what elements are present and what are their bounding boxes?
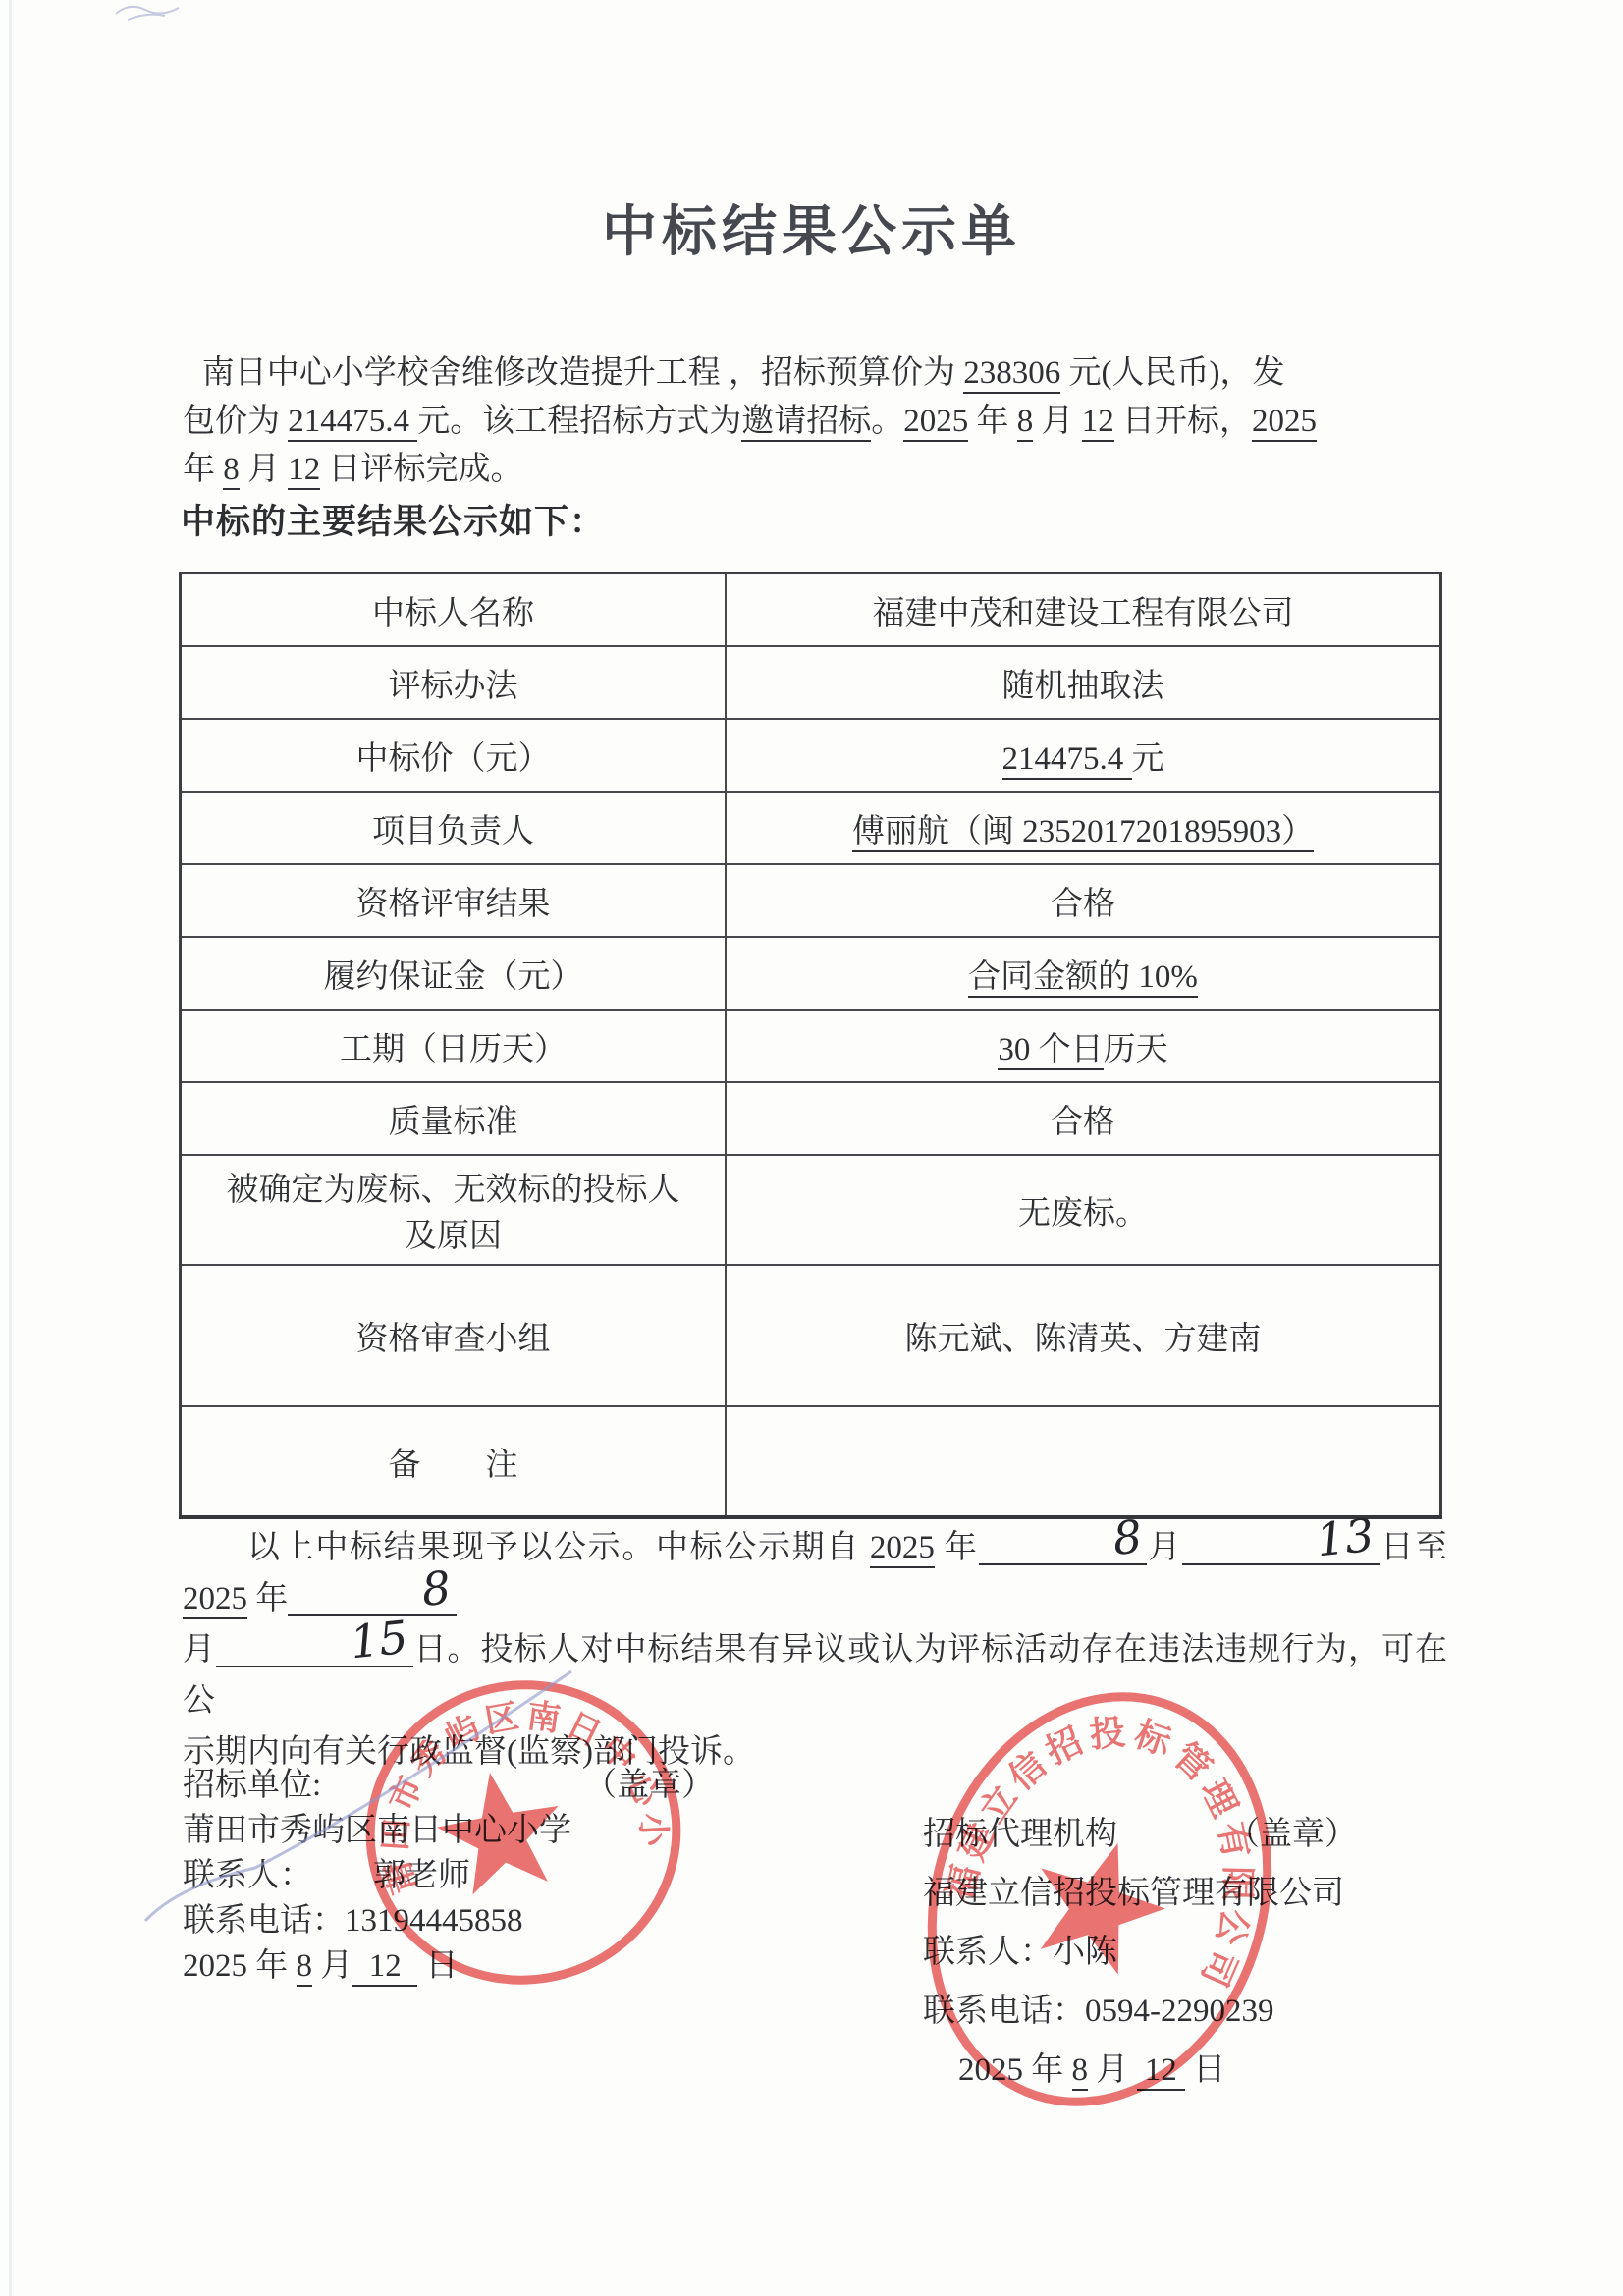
row-value-cell: 福建中茂和建设工程有限公司 — [726, 574, 1441, 647]
results-subheading: 中标的主要结果公示如下： — [181, 495, 605, 544]
row-value-cell: 陈元斌、陈清英、方建南 — [726, 1265, 1441, 1406]
table-row: 备 注 — [181, 1406, 1441, 1517]
table-row: 资格评审结果合格 — [181, 864, 1441, 937]
text-run: 随机抽取法 — [1002, 669, 1164, 704]
handwritten-text: 8 — [1047, 1518, 1144, 1564]
text-run: 日评标完成。 — [320, 452, 522, 487]
underlined-text: 8 — [223, 452, 240, 490]
scan-edge-artifact — [9, 0, 12, 2296]
row-label-cell: 备 注 — [181, 1406, 727, 1517]
underlined-text: 合同金额的 10% — [968, 959, 1198, 998]
table-row: 中标价（元）214475.4 元 — [181, 719, 1441, 792]
row-label-cell: 中标人名称 — [181, 574, 727, 647]
text-run: 年 — [935, 1530, 979, 1565]
row-value-cell: 合格 — [726, 864, 1441, 937]
table-row: 质量标准合格 — [181, 1082, 1441, 1155]
underlined-text: 30 个日 — [998, 1032, 1103, 1070]
pen-scribble-artifact — [108, 0, 187, 29]
row-value-cell: 傅丽航（闽 2352017201895903） — [726, 792, 1441, 864]
intro-paragraph: 南日中心小学校舍维修改造提升工程 ，招标预算价为 238306 元(人民币)，发… — [183, 350, 1447, 494]
handwritten-text: 8 — [355, 1569, 453, 1615]
underlined-text: 2025 — [870, 1530, 935, 1568]
underlined-text: 2025 — [903, 404, 968, 442]
text-run: 元 — [1132, 741, 1164, 777]
text-run: 陈元斌、陈清英、方建南 — [905, 1322, 1262, 1357]
row-value-cell: 无废标。 — [726, 1155, 1441, 1265]
text-run: 日至 — [1380, 1530, 1447, 1565]
text-run: 以上中标结果现予以公示。中标公示期自 — [247, 1530, 870, 1565]
row-value-cell: 随机抽取法 — [726, 646, 1441, 719]
bid-result-table: 中标人名称福建中茂和建设工程有限公司评标办法随机抽取法中标价（元）214475.… — [179, 572, 1442, 1519]
handwritten-blank: 13 — [1182, 1524, 1380, 1565]
text-run: 历天 — [1104, 1032, 1168, 1067]
row-label-cell: 质量标准 — [181, 1082, 727, 1155]
pen-stroke-artifact — [118, 1660, 628, 1954]
text-run: 日开标， — [1114, 404, 1252, 439]
table-row: 履约保证金（元）合同金额的 10% — [181, 937, 1441, 1010]
row-value-cell: 合同金额的 10% — [726, 937, 1441, 1010]
scanned-document-page: 中标结果公示单 南日中心小学校舍维修改造提升工程 ，招标预算价为 238306 … — [0, 0, 1623, 2296]
underlined-text: 2025 — [183, 1581, 247, 1619]
underlined-text: 12 — [1082, 404, 1114, 442]
text-run: 月 — [1033, 404, 1082, 439]
underlined-text: 傅丽航（闽 2352017201895903） — [852, 814, 1314, 852]
text-run: 无废标。 — [1018, 1196, 1148, 1231]
text-run: 月 — [1147, 1530, 1182, 1565]
underlined-text: 238306 — [963, 355, 1060, 394]
row-label-cell: 被确定为废标、无效标的投标人及原因 — [181, 1155, 727, 1265]
underlined-text: 2025 — [1252, 404, 1317, 442]
text-run: 南日中心小学校舍维修改造提升工程 ，招标预算价为 — [202, 355, 964, 391]
handwritten-text: 13 — [1250, 1517, 1376, 1566]
handwritten-blank: 8 — [288, 1575, 456, 1616]
row-value-cell: 合格 — [726, 1082, 1441, 1155]
text-run: 合格 — [1051, 1105, 1115, 1140]
underlined-text: 8 — [1017, 404, 1034, 442]
row-value-cell — [726, 1406, 1441, 1517]
underlined-text: 12 — [288, 452, 320, 490]
text-run: 年 — [968, 404, 1017, 439]
table-row: 工期（日历天）30 个日历天 — [181, 1010, 1441, 1082]
text-run: 包价为 — [183, 404, 288, 439]
text-run: 福建中茂和建设工程有限公司 — [873, 596, 1294, 631]
underlined-text: 214475.4 — [288, 404, 417, 442]
row-value-cell: 30 个日历天 — [726, 1010, 1441, 1082]
row-label-cell: 评标办法 — [181, 646, 727, 719]
underlined-text: 214475.4 — [1002, 741, 1132, 780]
agency-red-seal: 福建立信招投标管理有限公司 — [916, 1681, 1283, 2125]
text-run: 合格 — [1051, 887, 1115, 922]
text-run: 元。该工程招标方式为 — [417, 404, 741, 439]
seal-star — [1017, 1823, 1180, 1982]
row-label-cell: 履约保证金（元） — [181, 937, 727, 1010]
page-title: 中标结果公示单 — [0, 189, 1623, 267]
row-label-cell: 资格审查小组 — [181, 1265, 727, 1406]
text-run: 。 — [871, 404, 903, 439]
handwritten-blank: 8 — [979, 1524, 1147, 1565]
underlined-text: 邀请招标 — [741, 404, 871, 442]
table-row: 评标办法随机抽取法 — [181, 646, 1441, 719]
text-run: 元(人民币)，发 — [1060, 355, 1284, 391]
text-run: 月 — [240, 452, 289, 487]
text-run: 年 — [247, 1581, 288, 1616]
table-row: 中标人名称福建中茂和建设工程有限公司 — [181, 574, 1441, 647]
table-row: 项目负责人傅丽航（闽 2352017201895903） — [181, 792, 1441, 864]
row-label-cell: 中标价（元） — [181, 719, 727, 792]
row-value-cell: 214475.4 元 — [726, 719, 1441, 792]
table-row: 被确定为废标、无效标的投标人及原因无废标。 — [181, 1155, 1441, 1265]
text-run: 年 — [183, 452, 223, 487]
row-label-cell: 工期（日历天） — [181, 1010, 727, 1082]
table-row: 资格审查小组陈元斌、陈清英、方建南 — [181, 1265, 1441, 1406]
row-label-cell: 资格评审结果 — [181, 864, 727, 937]
row-label-cell: 项目负责人 — [181, 792, 727, 864]
